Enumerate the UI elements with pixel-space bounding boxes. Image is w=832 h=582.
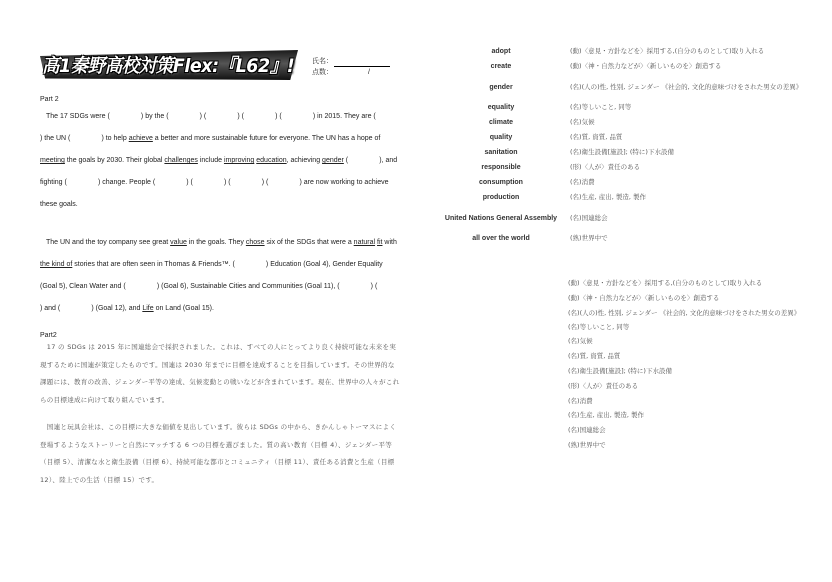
vocab-row: climate(名)気候 xyxy=(440,115,832,130)
paragraph-text: The UN and the toy company see great xyxy=(46,239,170,246)
underlined-vocab-word: education xyxy=(256,157,286,164)
paragraph-text: include xyxy=(198,157,224,164)
vocab-row: consumption(名)消費 xyxy=(440,175,832,190)
vocab-row: all over the world(熟)世界中で xyxy=(440,231,832,246)
vocab-meaning: (形)〈人が〉責任のある xyxy=(562,162,832,173)
vocab-word: equality xyxy=(440,102,562,113)
paragraph-text: ( ), and fighting ( ) change. People ( )… xyxy=(40,157,399,208)
english-section-heading: Part 2 xyxy=(40,96,400,103)
paragraph-text: six of the SDGs that were a xyxy=(265,239,354,246)
vocab-row: equality(名)等しいこと, 同等 xyxy=(440,100,832,115)
vocab-meaning: (名)消費 xyxy=(562,177,832,188)
name-field-row: 氏名： xyxy=(312,56,390,67)
meaning-item: (名)質, 資質, 品質 xyxy=(568,349,832,364)
paragraph-text: the goals by 2030. Their global xyxy=(65,157,165,164)
score-field-row: 点数： / xyxy=(312,67,390,78)
paragraph-text: in the goals. They xyxy=(187,239,246,246)
vocab-meaning: (名)生産, 産出, 製造, 製作 xyxy=(562,192,832,203)
meaning-item: (名)生産, 産出, 製造, 製作 xyxy=(568,408,832,423)
vocab-word: United Nations General Assembly xyxy=(440,213,562,224)
vocab-word: all over the world xyxy=(440,233,562,244)
meaning-item: (動)〈意見・方針などを〉採用する,(自分のものとして)取り入れる xyxy=(568,276,832,291)
meaning-item: (名)消費 xyxy=(568,394,832,409)
vocab-row: production(名)生産, 産出, 製造, 製作 xyxy=(440,190,832,205)
vocab-meaning: (名)気候 xyxy=(562,117,832,128)
paragraph-text: with xyxy=(382,239,398,246)
underlined-vocab-word: Life xyxy=(142,305,153,312)
vocab-row: create(動)〈神・自然力などが〉〈新しいものを〉創造する xyxy=(440,59,832,74)
worksheet-right-page: adopt(動)〈意見・方針などを〉採用する,(自分のものとして)取り入れるcr… xyxy=(440,44,832,246)
header: 高1秦野高校対策Flex:『L62』! 氏名： 点数： / xyxy=(40,44,400,84)
japanese-paragraph-2: 国連と玩具会社は、この目標に大きな価値を見出しています。彼らは SDGs の中か… xyxy=(40,419,400,489)
english-paragraph-1: The 17 SDGs were ( ) by the ( ) ( ) ( ) … xyxy=(40,106,400,216)
score-field[interactable]: / xyxy=(334,67,370,78)
underlined-vocab-word: achieve xyxy=(129,135,153,142)
vocab-meaning: (熟)世界中で xyxy=(562,233,832,244)
underlined-vocab-word: value xyxy=(170,239,187,246)
vocab-meaning: (名)質, 資質, 品質 xyxy=(562,132,832,143)
vocab-row: gender(名)(人の)性, 性別, ジェンダー 《社会的, 文化的意味づけを… xyxy=(440,74,832,100)
underlined-vocab-word: improving xyxy=(224,157,254,164)
worksheet-left-page: 高1秦野高校対策Flex:『L62』! 氏名： 点数： / Part 2 The… xyxy=(40,44,400,489)
vocabulary-table: adopt(動)〈意見・方針などを〉採用する,(自分のものとして)取り入れるcr… xyxy=(440,44,832,246)
underlined-vocab-word: meeting xyxy=(40,157,65,164)
vocab-word: responsible xyxy=(440,162,562,173)
vocab-row: responsible(形)〈人が〉責任のある xyxy=(440,160,832,175)
paragraph-text: stories that are often seen in Thomas & … xyxy=(40,261,408,312)
vocab-meaning: (動)〈神・自然力などが〉〈新しいものを〉創造する xyxy=(562,61,832,72)
vocab-row: adopt(動)〈意見・方針などを〉採用する,(自分のものとして)取り入れる xyxy=(440,44,832,59)
vocab-word: consumption xyxy=(440,177,562,188)
meaning-item: (熟)世界中で xyxy=(568,438,832,453)
score-label: 点数： xyxy=(312,67,334,78)
vocab-meaning: (動)〈意見・方針などを〉採用する,(自分のものとして)取り入れる xyxy=(562,46,832,57)
underlined-vocab-word: challenges xyxy=(164,157,197,164)
meaning-item: (名)国連総会 xyxy=(568,423,832,438)
vocab-word: quality xyxy=(440,132,562,143)
underlined-vocab-word: natural xyxy=(354,239,375,246)
meaning-item: (名)(人の)性, 性別, ジェンダー 《社会的, 文化的意味づけをされた男女の… xyxy=(568,306,832,320)
meaning-item: (名)等しいこと, 同等 xyxy=(568,320,832,335)
vocab-word: create xyxy=(440,61,562,72)
worksheet-title: 高1秦野高校対策Flex:『L62』! xyxy=(42,51,294,78)
meaning-item: (動)〈神・自然力などが〉〈新しいものを〉創造する xyxy=(568,291,832,306)
meaning-item: (名)衛生設備[施設]; (特に)下水設備 xyxy=(568,364,832,379)
paragraph-text: , achieving xyxy=(287,157,322,164)
vocab-word: production xyxy=(440,192,562,203)
underlined-vocab-word: the kind of xyxy=(40,261,72,268)
underlined-vocab-word: gender xyxy=(322,157,344,164)
vocab-row: quality(名)質, 資質, 品質 xyxy=(440,130,832,145)
paragraph-text: a better and more sustainable future for… xyxy=(153,135,382,142)
student-info-fields: 氏名： 点数： / xyxy=(312,56,390,78)
vocab-word: gender xyxy=(440,82,562,93)
meanings-list: (動)〈意見・方針などを〉採用する,(自分のものとして)取り入れる(動)〈神・自… xyxy=(568,276,832,453)
japanese-section-heading: Part2 xyxy=(40,332,400,339)
english-paragraph-2: The UN and the toy company see great val… xyxy=(40,232,400,320)
name-field[interactable] xyxy=(334,58,390,67)
name-label: 氏名： xyxy=(312,56,334,67)
vocab-meaning: (名)等しいこと, 同等 xyxy=(562,102,832,113)
vocab-word: adopt xyxy=(440,46,562,57)
vocab-meaning: (名)(人の)性, 性別, ジェンダー 《社会的, 文化的意味づけをされた男女の… xyxy=(562,82,832,93)
japanese-paragraph-1: 17 の SDGs は 2015 年に国連総会で採択されました。これは、すべての… xyxy=(40,339,400,409)
underlined-vocab-word: chose xyxy=(246,239,265,246)
vocab-word: sanitation xyxy=(440,147,562,158)
vocab-row: sanitation(名)衛生設備[施設]; (特に)下水設備 xyxy=(440,145,832,160)
vocab-row: United Nations General Assembly(名)国連総会 xyxy=(440,205,832,231)
vocab-meaning: (名)衛生設備[施設]; (特に)下水設備 xyxy=(562,147,832,158)
vocab-word: climate xyxy=(440,117,562,128)
paragraph-text: on Land (Goal 15). xyxy=(154,305,214,312)
meaning-item: (形)〈人が〉責任のある xyxy=(568,379,832,394)
meaning-item: (名)気候 xyxy=(568,334,832,349)
vocab-meaning: (名)国連総会 xyxy=(562,213,832,224)
